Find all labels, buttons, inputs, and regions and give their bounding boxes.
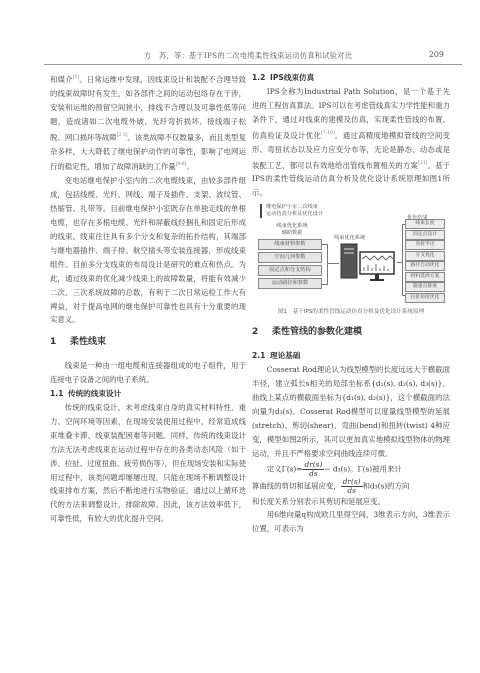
section-heading: 1柔性线束 (50, 336, 246, 350)
right-column: 1.2IPS线束仿真 IPS全称为Industrial Path Solutio… (252, 71, 450, 536)
paragraph: 线束是一种由一组电缆和连接器组成的电子组件，用于连接电子设备之间的电子系统。 (50, 359, 246, 387)
fraction: dr(s)ds (341, 478, 363, 495)
inputs-title: 线束优化系统辅助数据 (262, 223, 322, 237)
section-heading: 2柔性管线的参数化建模 (252, 326, 450, 340)
subsection-heading: 2.1理论基础 (252, 349, 450, 363)
figure-title: 继电保护小室二次线束运动仿真分析及优化设计 (260, 204, 323, 218)
left-column: 和媒介[1]。日常运维中发现，因线束设计和装配不合理导致的线束故障时有发生，如各… (50, 71, 246, 526)
connector-line (327, 263, 339, 264)
paragraph: 用6维向量q构成欧几里得空间，3维表示方向，3维表示位置，可表示为 (252, 508, 450, 536)
formula-line: 定义Γ(s)=dr(s)ds− d₃(s)。Γ(s)被用来计 (252, 461, 450, 478)
subsection-heading: 1.1传统的线束设计 (50, 387, 246, 401)
input-box: 空间几何参数 (258, 252, 322, 263)
input-box: 线束材料参数 (258, 239, 322, 250)
paragraph: 传统的线束设计，未考虑线束自身的真实材料特性、重力、空间环境等因素，在现场安装使… (50, 401, 246, 526)
running-title: 方 苏，等：基于IPS的二次电缆柔性线束运动仿真和试验对比 (144, 51, 352, 61)
page-number: 209 (429, 50, 444, 59)
paragraph: 和长度关系分别表示其剪切和延展应变。 (252, 495, 450, 509)
citation[interactable]: [11] (418, 161, 427, 166)
paragraph: 变电站继电保护小室内的二次电缆线束，由较多部件组成，包括线缆、光纤、网线、端子及… (50, 174, 246, 327)
running-header: 方 苏，等：基于IPS的二次电缆柔性线束运动仿真和试验对比 209 (44, 50, 462, 65)
citation[interactable]: [2-3] (117, 133, 128, 138)
input-box: 运动路径和参数 (258, 278, 322, 289)
output-box: 弯折半径 (405, 240, 445, 250)
output-box: 线束长度 (405, 219, 445, 229)
figure-caption: 图1 基于IPS的柔性管线运动仿真分析及优化设计系统原理 (252, 308, 450, 317)
paragraph: Cosserat Rod理论认为线型模型的长度远远大于横截面半径，建立弧长s相关… (252, 363, 450, 460)
paragraph: 和媒介[1]。日常运维中发现，因线束设计和装配不合理导致的线束故障时有发生，如各… (50, 71, 246, 174)
computer-icon (340, 242, 396, 282)
citation[interactable]: [7-10] (321, 131, 335, 136)
output-box: 固定点设计 (405, 230, 445, 240)
output-box: 隐患点排查 (405, 282, 445, 292)
input-box: 固定点和分支结构 (258, 265, 322, 276)
output-box: 分支优化 (405, 251, 445, 261)
fraction: dr(s)ds (302, 461, 324, 478)
figure-1-diagram: 继电保护小室二次线束运动仿真分析及优化设计 线束优化系统辅助数据 线束材料参数 … (252, 204, 450, 296)
formula-line: 算曲线的剪切和延展应变，dr(s)ds和d₃(s)的方向 (252, 478, 450, 495)
subsection-heading: 1.2IPS线束仿真 (252, 71, 450, 85)
citation[interactable]: [4-6] (176, 162, 187, 167)
paragraph: IPS全称为Industrial Path Solution，是一个基于先进的工… (252, 85, 450, 200)
output-box: 路径自动优化 (405, 261, 445, 271)
input-bracket (322, 244, 328, 285)
output-box: 拉扯角度优化 (405, 293, 445, 303)
output-box: 材料选择方案 (405, 272, 445, 282)
